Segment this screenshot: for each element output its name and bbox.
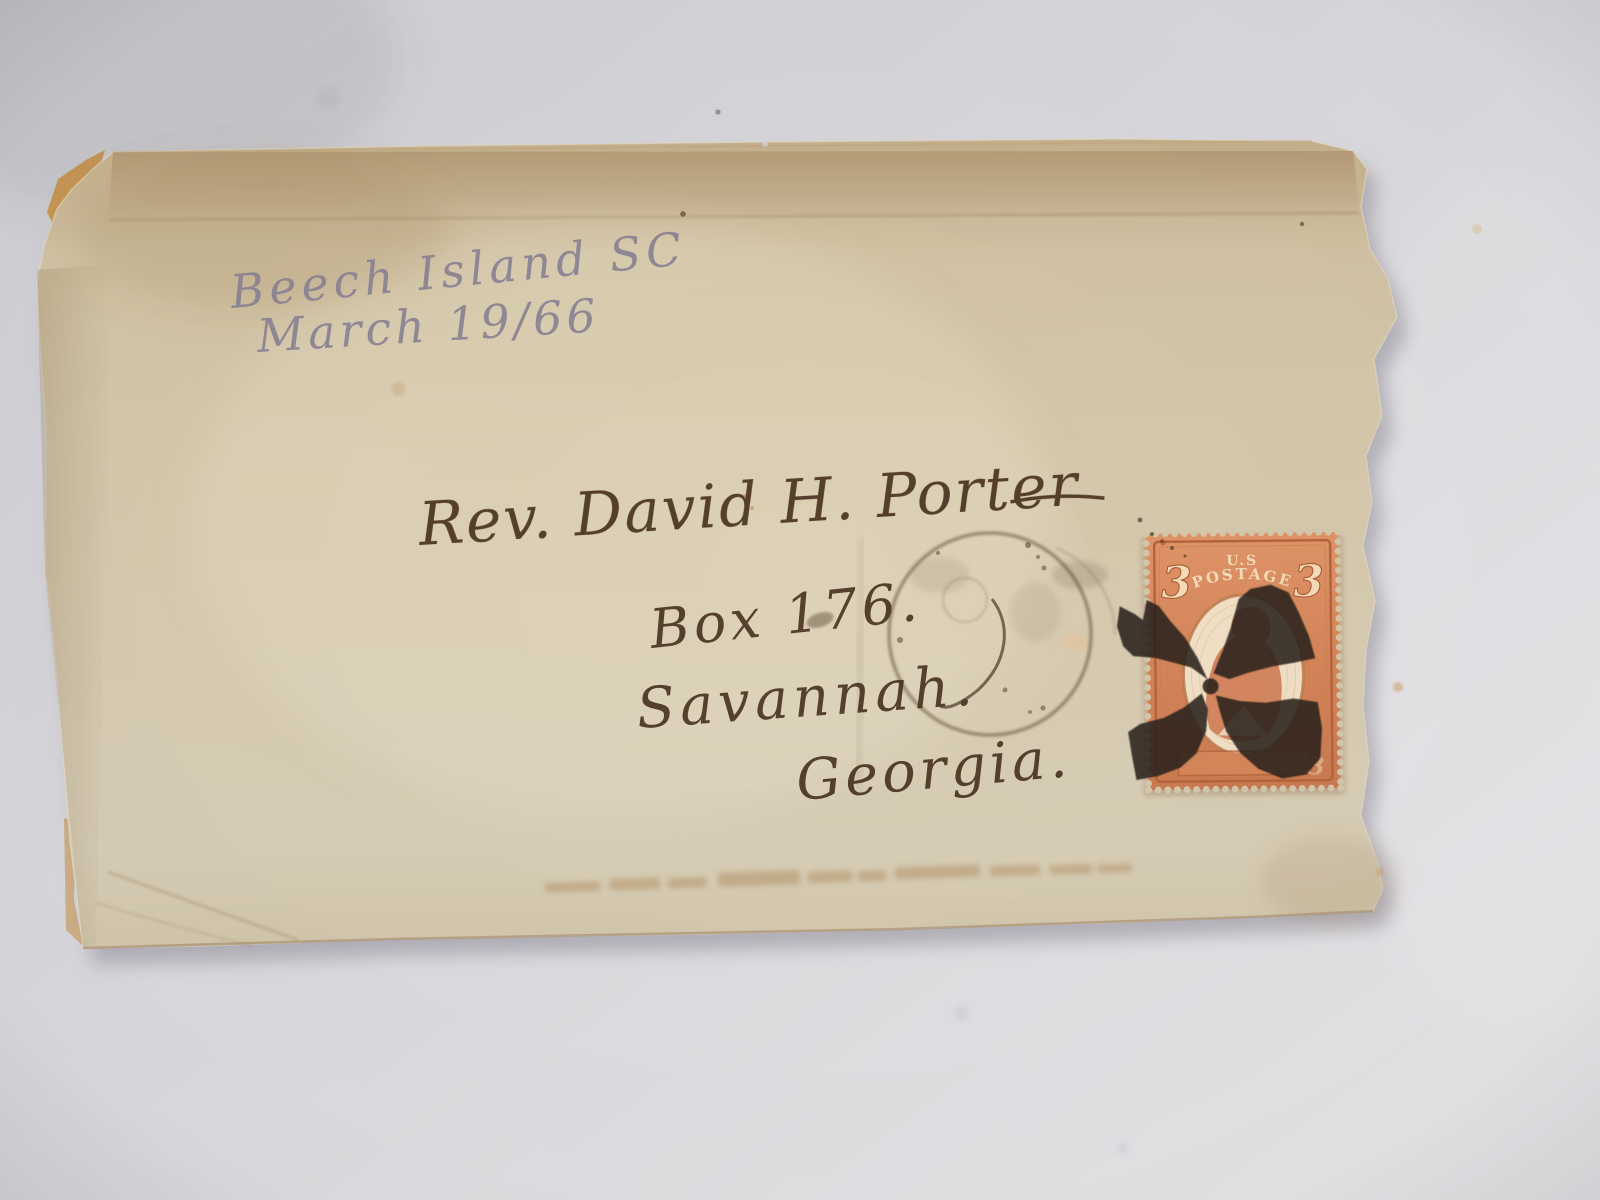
photo-of-old-envelope: Beech Island SC March 19/66 Rev. David H… <box>0 0 1600 1200</box>
photo: Beech Island SC March 19/66 Rev. David H… <box>0 0 1600 1200</box>
photo-vignette <box>0 0 1600 1200</box>
